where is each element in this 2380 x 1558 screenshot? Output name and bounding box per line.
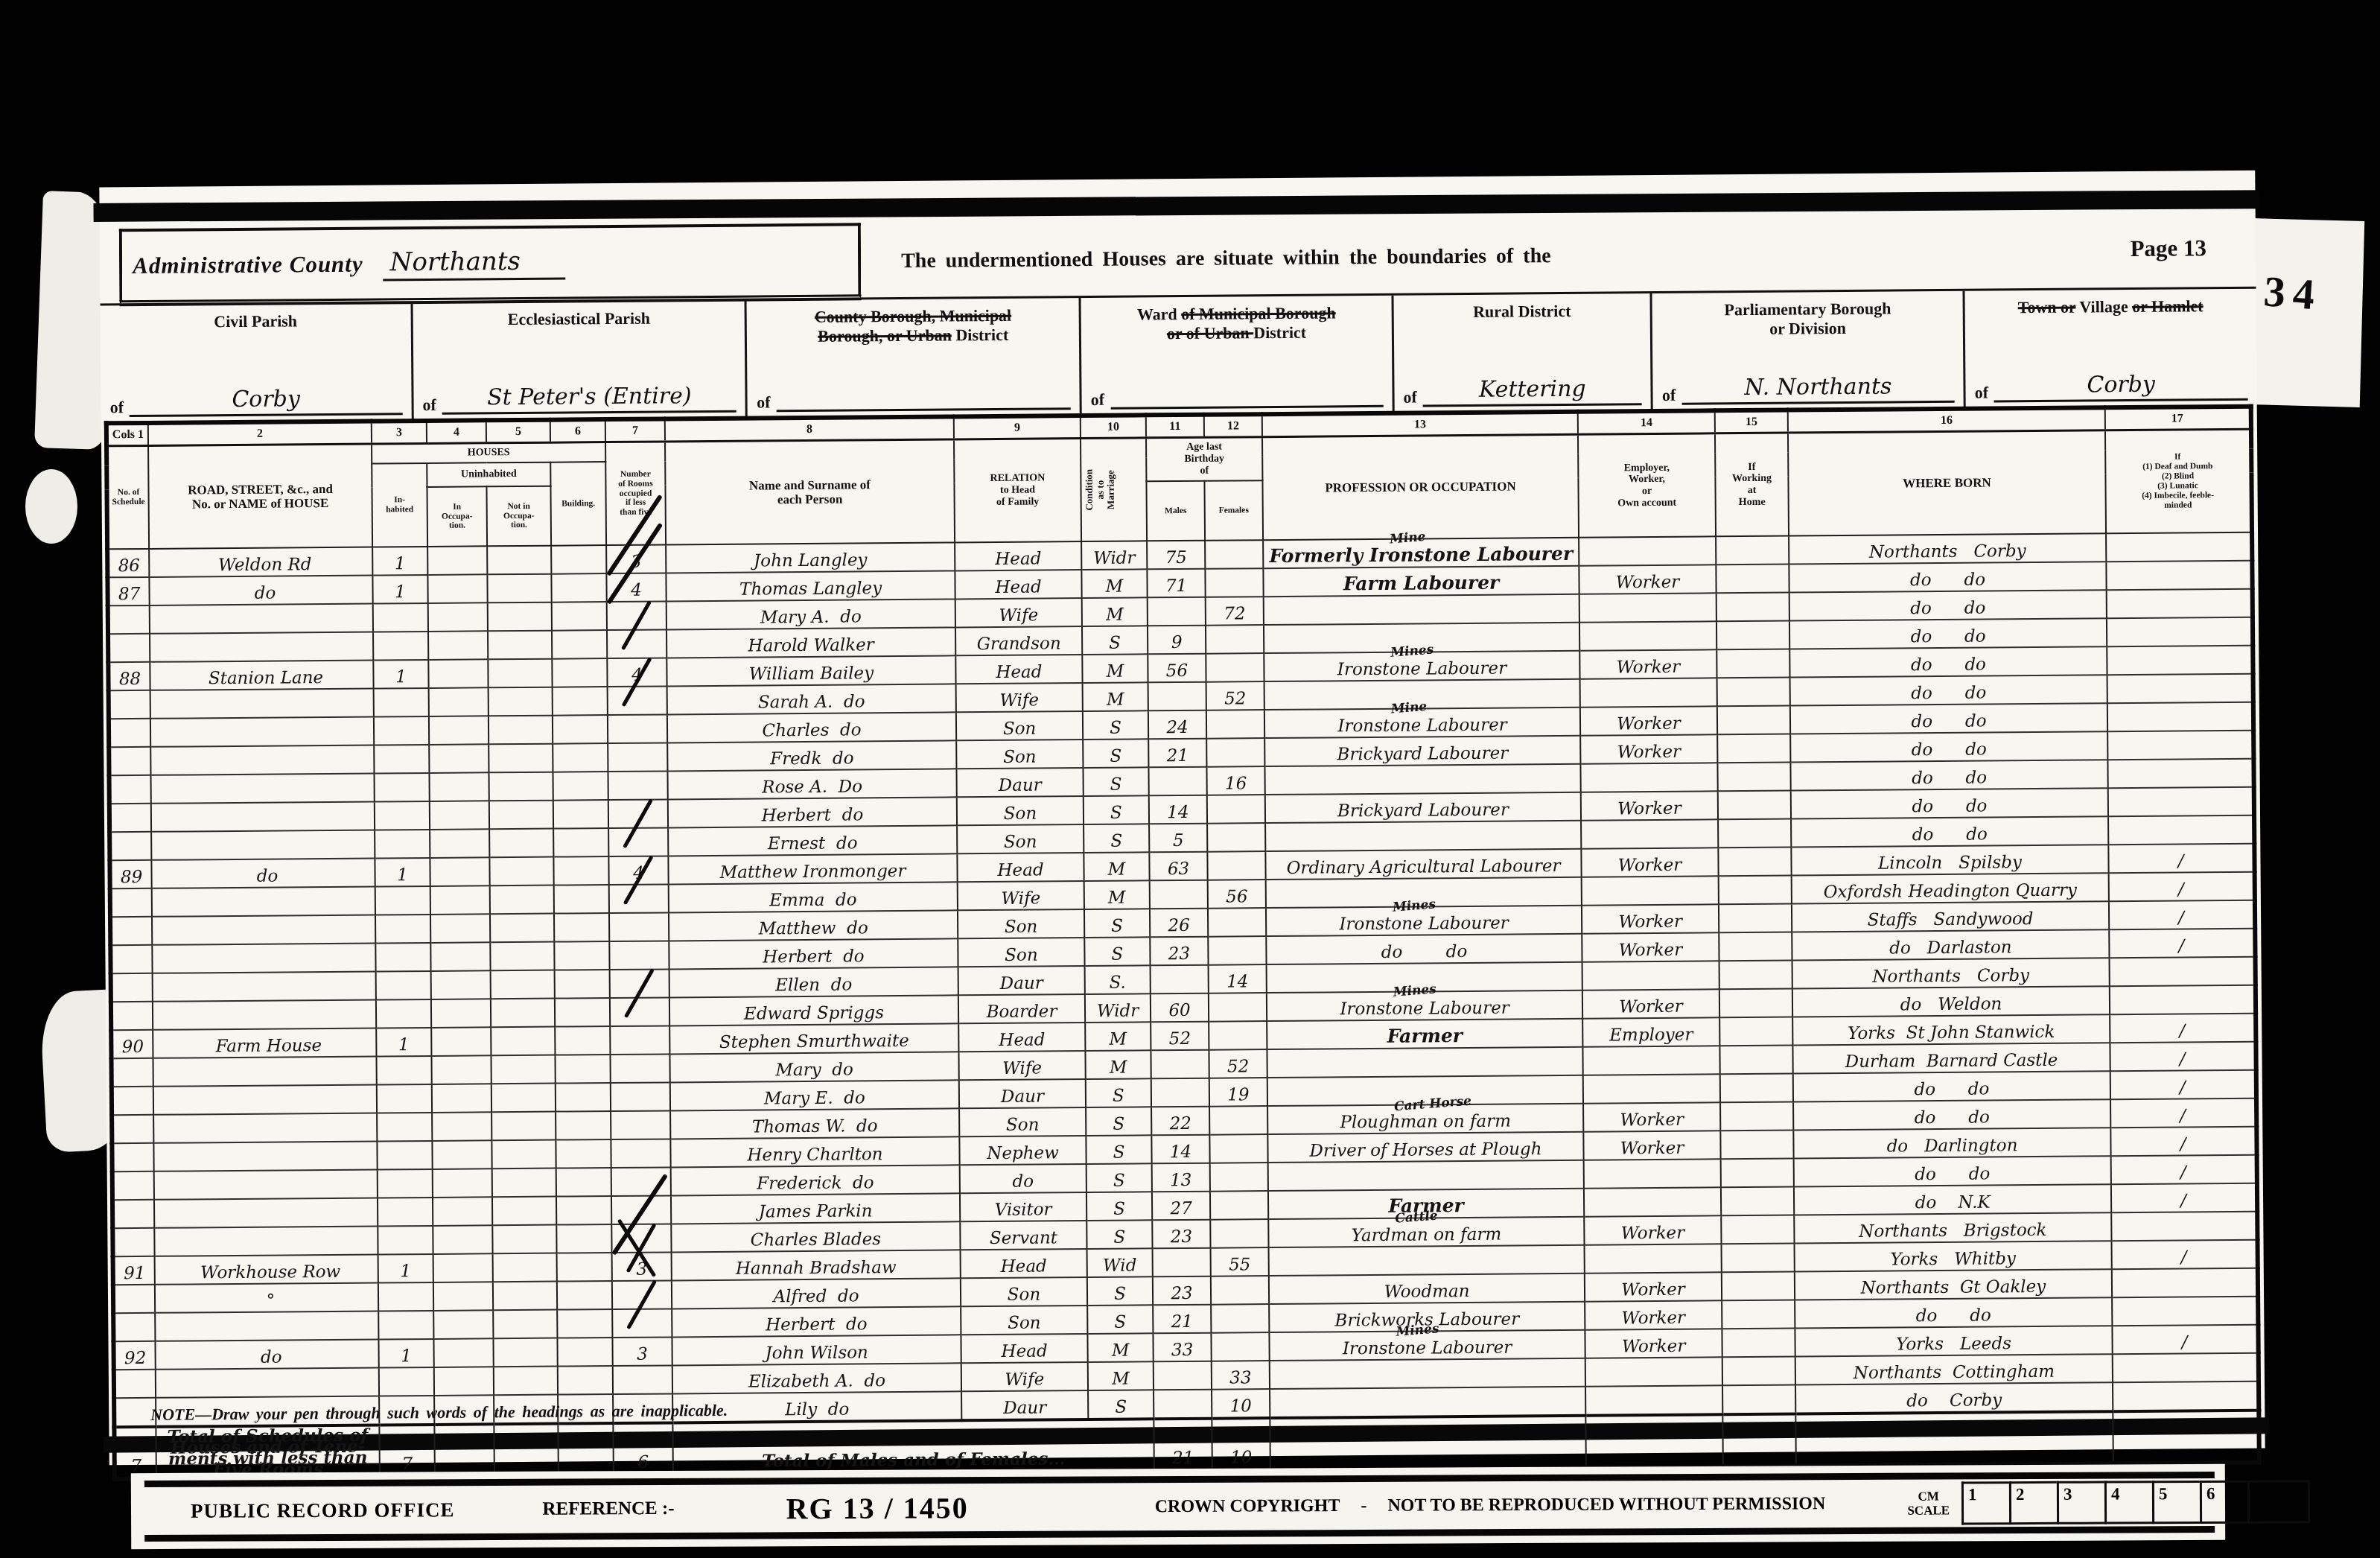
cell-road: do	[155, 1339, 378, 1369]
cell-condition: M	[1085, 1050, 1151, 1079]
cell-occ: Woodman	[1269, 1274, 1585, 1304]
cell-employer: Worker	[1581, 791, 1718, 820]
cell-infirmity: /	[2108, 844, 2254, 874]
cell-rooms	[611, 1110, 670, 1139]
cell-u_occ	[433, 1197, 492, 1226]
totals-rooms: 6	[613, 1422, 673, 1475]
cell-inhab	[378, 1226, 433, 1255]
of-label: of	[1403, 388, 1417, 407]
occupation-annotation: Mines	[1392, 897, 1436, 915]
occupation-value: Ironstone Labourer	[1337, 659, 1507, 680]
cell-born: Durham Barnard Castle	[1792, 1043, 2110, 1073]
totals-females: 10	[1212, 1418, 1270, 1471]
cell-relation: Boarder	[958, 994, 1085, 1023]
cell-born: do do	[1789, 562, 2106, 592]
cell-bldg	[557, 1338, 612, 1367]
cell-home	[1720, 1102, 1793, 1131]
cell-occ: Ordinary Agricultural Labourer	[1265, 849, 1581, 880]
cell-infirmity	[2113, 1381, 2259, 1412]
cell-name: Ellen do	[669, 967, 958, 997]
column-number: 14	[1578, 410, 1715, 434]
column-number: 3	[372, 421, 427, 444]
cell-age_m	[1148, 767, 1206, 796]
cell-occ: Cart HorsePloughman on farm	[1267, 1104, 1583, 1134]
cell-sched	[108, 634, 150, 662]
cell-age_f: 33	[1212, 1361, 1270, 1390]
cell-born: do Weldon	[1792, 986, 2110, 1017]
cell-relation: Head	[955, 541, 1081, 570]
cell-infirmity	[2107, 674, 2253, 704]
cell-inhab	[374, 773, 429, 802]
cell-home	[1716, 621, 1789, 650]
cell-name: Herbert do	[672, 1306, 961, 1337]
cell-u_occ	[433, 1168, 492, 1198]
col-home-header: If Working at Home	[1715, 433, 1789, 536]
cell-inhab	[375, 943, 430, 972]
cell-rooms	[613, 1365, 672, 1394]
cm-scale-box: 1	[1961, 1481, 2009, 1524]
cell-rooms	[609, 941, 669, 970]
cell-employer	[1585, 1385, 1722, 1415]
cell-u_occ	[432, 1112, 491, 1141]
cell-infirmity: /	[2110, 1070, 2256, 1100]
cell-inhab: 1	[378, 1254, 433, 1283]
district-label: Town or Village or Hamlet	[1965, 296, 2256, 318]
district-label-segment: Civil Parish	[214, 311, 297, 331]
cell-inhab	[376, 971, 431, 1000]
cell-born: do do	[1795, 1297, 2112, 1328]
cell-condition: M	[1084, 880, 1150, 909]
cell-home	[1721, 1187, 1794, 1216]
cell-age_f	[1209, 993, 1267, 1022]
cell-infirmity: /	[2110, 1098, 2256, 1128]
cell-condition: S	[1083, 739, 1148, 768]
totals-label: Total of Schedules of Houses and of Tene…	[156, 1425, 380, 1478]
cell-born: Staffs Sandywood	[1792, 901, 2109, 932]
cell-home	[1721, 1159, 1794, 1188]
district-value	[776, 406, 1070, 412]
cell-road	[154, 1227, 378, 1256]
cell-condition: S	[1086, 1107, 1151, 1136]
cell-u_occ	[433, 1253, 493, 1282]
cell-born: do do	[1789, 646, 2107, 677]
district-box: Ward of Municipal Boroughor of Urban Dis…	[1081, 296, 1395, 416]
cell-infirmity: /	[2110, 1042, 2256, 1072]
of-label: of	[1975, 383, 1989, 402]
column-number: 12	[1204, 414, 1262, 437]
cell-age_m: 14	[1151, 1135, 1209, 1164]
pro-reference-value: RG 13 / 1450	[786, 1490, 969, 1526]
cell-name: Frederick do	[671, 1165, 960, 1195]
cell-age_m: 71	[1147, 569, 1205, 598]
cell-infirmity	[2107, 731, 2253, 760]
cell-inhab	[373, 603, 428, 632]
cell-name: Mary E. do	[670, 1080, 959, 1110]
occupation-annotation: Cattle	[1394, 1208, 1438, 1226]
cell-name: Matthew Ironmonger	[668, 853, 957, 884]
district-box: Rural DistrictofKettering	[1393, 293, 1653, 413]
cell-road	[152, 915, 375, 945]
cell-home	[1716, 565, 1789, 594]
cell-home	[1722, 1385, 1795, 1415]
cell-rooms	[610, 1054, 669, 1083]
cell-bldg	[555, 1055, 610, 1084]
cell-infirmity: /	[2110, 1014, 2256, 1043]
cell-born: Northants Gt Oakley	[1795, 1269, 2112, 1300]
cell-occ: Brickyard Labourer	[1265, 792, 1581, 823]
totals-cell	[558, 1423, 614, 1476]
cell-occ: MinesIronstone Labourer	[1269, 1330, 1585, 1361]
cell-u_not	[491, 999, 555, 1028]
cell-employer	[1583, 1074, 1720, 1103]
district-label: Parliamentary Boroughor Division	[1652, 299, 1963, 340]
occupation-value: Ironstone Labourer	[1337, 716, 1507, 737]
cell-sched	[112, 1143, 153, 1171]
cell-inhab	[375, 801, 430, 830]
cell-employer	[1582, 876, 1719, 905]
cell-name: Thomas Langley	[666, 570, 955, 601]
cell-road	[153, 1000, 376, 1030]
cell-inhab	[375, 915, 430, 944]
cell-road	[152, 944, 375, 973]
cell-name: William Bailey	[666, 655, 955, 686]
cell-inhab	[378, 1169, 433, 1198]
cell-relation: Wife	[961, 1362, 1088, 1391]
census-scan: 34 Administrative County Northants The u…	[0, 0, 2380, 1558]
cell-road	[154, 1198, 378, 1228]
cell-born: do N.K	[1794, 1184, 2111, 1215]
occupation-value: Woodman	[1384, 1282, 1469, 1302]
cell-inhab	[379, 1367, 434, 1396]
cell-condition: S	[1082, 626, 1148, 655]
cell-condition: S	[1088, 1390, 1154, 1419]
cell-relation: Servant	[960, 1221, 1086, 1250]
district-label-line: Civil Parish	[101, 311, 411, 332]
pro-reference-label: REFERENCE :-	[542, 1498, 674, 1520]
district-label-line: County Borough, Municipal	[747, 305, 1079, 327]
cell-inhab	[374, 688, 429, 717]
totals-cell	[434, 1424, 494, 1477]
cell-road	[153, 972, 376, 1002]
cell-home	[1719, 1017, 1792, 1046]
cell-sched	[112, 1171, 154, 1200]
cell-bldg	[557, 1309, 612, 1338]
cell-age_f	[1210, 1191, 1268, 1220]
cell-age_m: 26	[1150, 909, 1208, 938]
cell-infirmity	[2107, 617, 2253, 647]
cell-road: Farm House	[153, 1028, 376, 1058]
cell-age_m	[1151, 1078, 1209, 1107]
cell-bldg	[556, 1224, 611, 1253]
cell-u_occ	[427, 574, 487, 603]
cell-occ: MineIronstone Labourer	[1264, 708, 1580, 738]
cell-bldg	[553, 743, 608, 772]
cell-u_not	[490, 942, 554, 971]
cell-road	[153, 1113, 377, 1143]
cell-bldg	[552, 602, 607, 631]
cell-employer: Worker	[1580, 706, 1717, 735]
cell-employer	[1582, 961, 1719, 990]
folio-number: 34	[2262, 266, 2323, 319]
cm-scale-ruler: 123456	[1961, 1480, 2310, 1524]
cell-u_not	[492, 1197, 556, 1226]
cell-road	[153, 1057, 376, 1087]
of-label: of	[110, 398, 124, 417]
cell-bldg	[558, 1366, 613, 1395]
cell-u_not	[491, 1055, 555, 1084]
cell-born: do do	[1791, 816, 2108, 847]
cell-road: °	[155, 1282, 378, 1312]
district-label: Ward of Municipal Boroughor of Urban Dis…	[1081, 303, 1392, 344]
col-employer-header: Employer, Worker, or Own account	[1578, 433, 1716, 538]
cell-u_occ	[433, 1338, 493, 1367]
column-number: 10	[1081, 415, 1146, 438]
cell-age_m: 23	[1153, 1276, 1211, 1306]
column-number: 8	[665, 416, 954, 442]
cell-condition: S	[1084, 909, 1150, 938]
cell-u_not	[491, 1140, 556, 1169]
occupation-value: Ironstone Labourer	[1339, 914, 1509, 935]
cell-inhab	[378, 1198, 433, 1227]
cell-bldg	[555, 970, 610, 999]
admin-county-label: Administrative County	[133, 251, 363, 279]
district-value: St Peter's (Entire)	[442, 383, 736, 415]
cell-inhab: 1	[375, 858, 430, 887]
cell-born: do do	[1790, 760, 2107, 790]
district-box: Town or Village or HamletofCorby	[1965, 289, 2257, 409]
cell-home	[1720, 1131, 1793, 1160]
cell-inhab	[378, 1311, 433, 1340]
cell-sched	[109, 775, 151, 804]
cell-u_not	[489, 744, 553, 773]
column-number: 4	[427, 420, 486, 443]
pro-office-label: PUBLIC RECORD OFFICE	[191, 1498, 455, 1523]
district-label: Civil Parish	[101, 311, 411, 332]
census-table: Cols 1234567891011121314151617 No. of Sc…	[104, 404, 2262, 1482]
cell-bldg	[551, 573, 606, 602]
cell-u_not	[491, 1027, 555, 1056]
cell-rooms	[610, 1026, 669, 1055]
district-value: Corby	[1994, 371, 2248, 403]
cell-employer: Worker	[1582, 932, 1719, 961]
cell-home	[1718, 819, 1791, 848]
cell-inhab: 1	[376, 1028, 431, 1057]
totals-cell	[494, 1424, 559, 1477]
occupation-annotation: Mine	[1390, 699, 1428, 717]
cell-home	[1719, 961, 1792, 990]
cell-born: Yorks Whitby	[1795, 1241, 2112, 1271]
cell-born: Yorks St John Stanwick	[1792, 1014, 2110, 1045]
table-header: Cols 1234567891011121314151617 No. of Sc…	[106, 407, 2252, 550]
cell-born: Northants Corby	[1792, 958, 2110, 988]
cell-u_occ	[430, 829, 489, 858]
cell-u_not	[488, 631, 552, 660]
cell-rooms	[608, 827, 668, 856]
cell-sched: 88	[108, 662, 150, 690]
cell-employer: Worker	[1585, 1272, 1722, 1301]
occupation-value: Yardman on farm	[1352, 1225, 1502, 1246]
cell-u_not	[489, 687, 553, 716]
cell-relation: Head	[957, 853, 1084, 882]
cell-occ: Farm Labourer	[1263, 566, 1579, 597]
cell-relation: Wife	[958, 1051, 1085, 1080]
cell-u_not	[493, 1253, 557, 1282]
cell-home	[1718, 848, 1791, 877]
occupation-value: Ironstone Labourer	[1343, 1338, 1512, 1359]
cell-age_m: 24	[1148, 710, 1206, 740]
cell-age_m: 5	[1149, 824, 1207, 853]
cell-bldg	[553, 715, 608, 744]
cell-road	[150, 689, 374, 719]
cell-infirmity	[2108, 815, 2254, 845]
cell-age_m	[1154, 1361, 1212, 1390]
cell-road	[156, 1367, 379, 1397]
cell-occ: CattleYardman on farm	[1268, 1217, 1584, 1247]
cm-scale-box: 3	[2057, 1481, 2104, 1524]
cell-infirmity	[2110, 957, 2256, 987]
district-label-line: Ecclesiastical Parish	[413, 308, 745, 330]
cell-inhab	[375, 830, 430, 859]
cell-age_f	[1206, 653, 1264, 682]
occupation-value: Ploughman on farm	[1340, 1112, 1511, 1133]
district-label: Rural District	[1394, 301, 1651, 322]
cell-road	[153, 1142, 377, 1171]
cell-name: Elizabeth A. do	[672, 1363, 961, 1393]
cell-born: do do	[1793, 1071, 2110, 1101]
cell-inhab	[377, 1084, 432, 1113]
cell-inhab	[376, 999, 431, 1028]
cell-bldg	[555, 998, 610, 1027]
cell-condition: S	[1083, 767, 1148, 796]
column-number: 9	[954, 416, 1081, 439]
cell-home	[1716, 536, 1789, 565]
column-number: Cols 1	[106, 423, 148, 446]
cell-u_not	[493, 1310, 557, 1339]
cell-rooms	[608, 771, 667, 800]
page-number: Page 13	[2130, 235, 2206, 262]
cell-age_m: 23	[1152, 1220, 1210, 1249]
cell-relation: Head	[961, 1334, 1087, 1363]
cell-age_f	[1209, 1106, 1267, 1135]
totals-cell	[1722, 1414, 1796, 1467]
district-label-segment: Parliamentary Borough	[1724, 299, 1891, 319]
cell-employer	[1581, 819, 1718, 848]
cell-infirmity: /	[2109, 872, 2255, 902]
cell-u_occ	[431, 1027, 491, 1056]
cell-relation: Son	[956, 711, 1083, 740]
cm-scale-box-empty	[2247, 1480, 2310, 1523]
cell-age_m: 14	[1149, 795, 1207, 824]
cell-age_f: 52	[1206, 681, 1264, 710]
cell-relation: Son	[957, 796, 1084, 825]
totals-cell	[1270, 1416, 1586, 1470]
cell-born: Yorks Leeds	[1795, 1326, 2112, 1356]
district-label-segment: Village	[2075, 297, 2132, 317]
cell-u_not	[490, 885, 554, 915]
district-value-row: of	[757, 390, 1071, 412]
cell-relation: Son	[961, 1306, 1087, 1335]
col-name-header: Name and Surname of each Person	[665, 439, 955, 545]
cell-condition: M	[1087, 1333, 1153, 1362]
cell-u_occ	[429, 687, 489, 716]
cell-occ: Farmer	[1267, 1019, 1582, 1049]
cell-born: do do	[1790, 703, 2107, 734]
crown-copyright-label: CROWN COPYRIGHT	[1155, 1496, 1340, 1517]
cell-condition: M	[1085, 1022, 1151, 1051]
cell-road	[155, 1311, 378, 1341]
cell-name: John Wilson	[672, 1335, 961, 1365]
cell-infirmity	[2112, 1268, 2258, 1298]
cell-u_occ	[430, 857, 489, 886]
cell-relation: Son	[961, 1277, 1087, 1306]
cell-age_f	[1211, 1276, 1269, 1305]
cell-condition: Widr	[1081, 541, 1147, 570]
cell-home	[1716, 649, 1789, 678]
cell-age_f	[1209, 1134, 1267, 1163]
cell-u_not	[493, 1338, 557, 1367]
cell-sched	[111, 973, 153, 1002]
cell-inhab: 1	[372, 575, 427, 604]
cell-condition: S	[1084, 824, 1149, 853]
torn-paper-edge	[25, 469, 77, 544]
cell-u_not	[491, 1112, 556, 1141]
cell-road: do	[149, 576, 372, 605]
cell-sched	[113, 1285, 155, 1313]
cell-u_occ	[429, 772, 489, 801]
cell-u_occ	[428, 602, 488, 632]
cell-infirmity: /	[2112, 1325, 2258, 1355]
cell-home	[1722, 1272, 1795, 1301]
cell-relation: Son	[957, 824, 1084, 853]
col-males-header: Males	[1146, 481, 1205, 541]
cell-employer: Worker	[1579, 565, 1716, 594]
cell-age_m	[1148, 682, 1206, 711]
census-sheet: Administrative County Northants The unde…	[99, 171, 2265, 1466]
cell-employer: Worker	[1580, 734, 1717, 763]
cell-relation: Son	[958, 938, 1084, 967]
cell-employer: Worker	[1582, 989, 1719, 1018]
cell-name: John Langley	[666, 542, 955, 573]
column-number: 7	[605, 419, 665, 442]
cell-sched	[114, 1370, 156, 1398]
cell-infirmity	[2112, 1297, 2258, 1326]
cell-sched	[112, 1228, 154, 1256]
cell-condition: M	[1082, 654, 1148, 683]
cell-relation: Head	[955, 655, 1082, 684]
cell-born: do Darlaston	[1792, 929, 2109, 960]
of-label: of	[1662, 386, 1676, 405]
cell-relation: Wife	[955, 598, 1082, 627]
district-box: Civil ParishofCorby	[101, 303, 414, 423]
cell-u_not	[489, 801, 553, 830]
cell-sched: 86	[107, 549, 149, 577]
cell-sched	[114, 1398, 156, 1427]
occupation-annotation: Mines	[1396, 1321, 1439, 1339]
cell-name: Herbert do	[668, 797, 957, 827]
cell-road: do	[151, 859, 375, 888]
district-label-segment: or Division	[1769, 319, 1846, 338]
col-building-header: Building.	[550, 462, 606, 546]
cell-rooms	[609, 884, 669, 913]
column-number: 6	[550, 419, 605, 442]
col-not-in-occupation-header: Not in Occupa- tion.	[486, 486, 551, 547]
cell-relation: Daur	[956, 768, 1083, 797]
cell-employer	[1584, 1159, 1721, 1188]
totals-cell	[1795, 1411, 2113, 1466]
cell-u_occ	[433, 1310, 493, 1339]
cell-born: do Corby	[1795, 1382, 2113, 1414]
cell-relation: Head	[955, 570, 1081, 599]
